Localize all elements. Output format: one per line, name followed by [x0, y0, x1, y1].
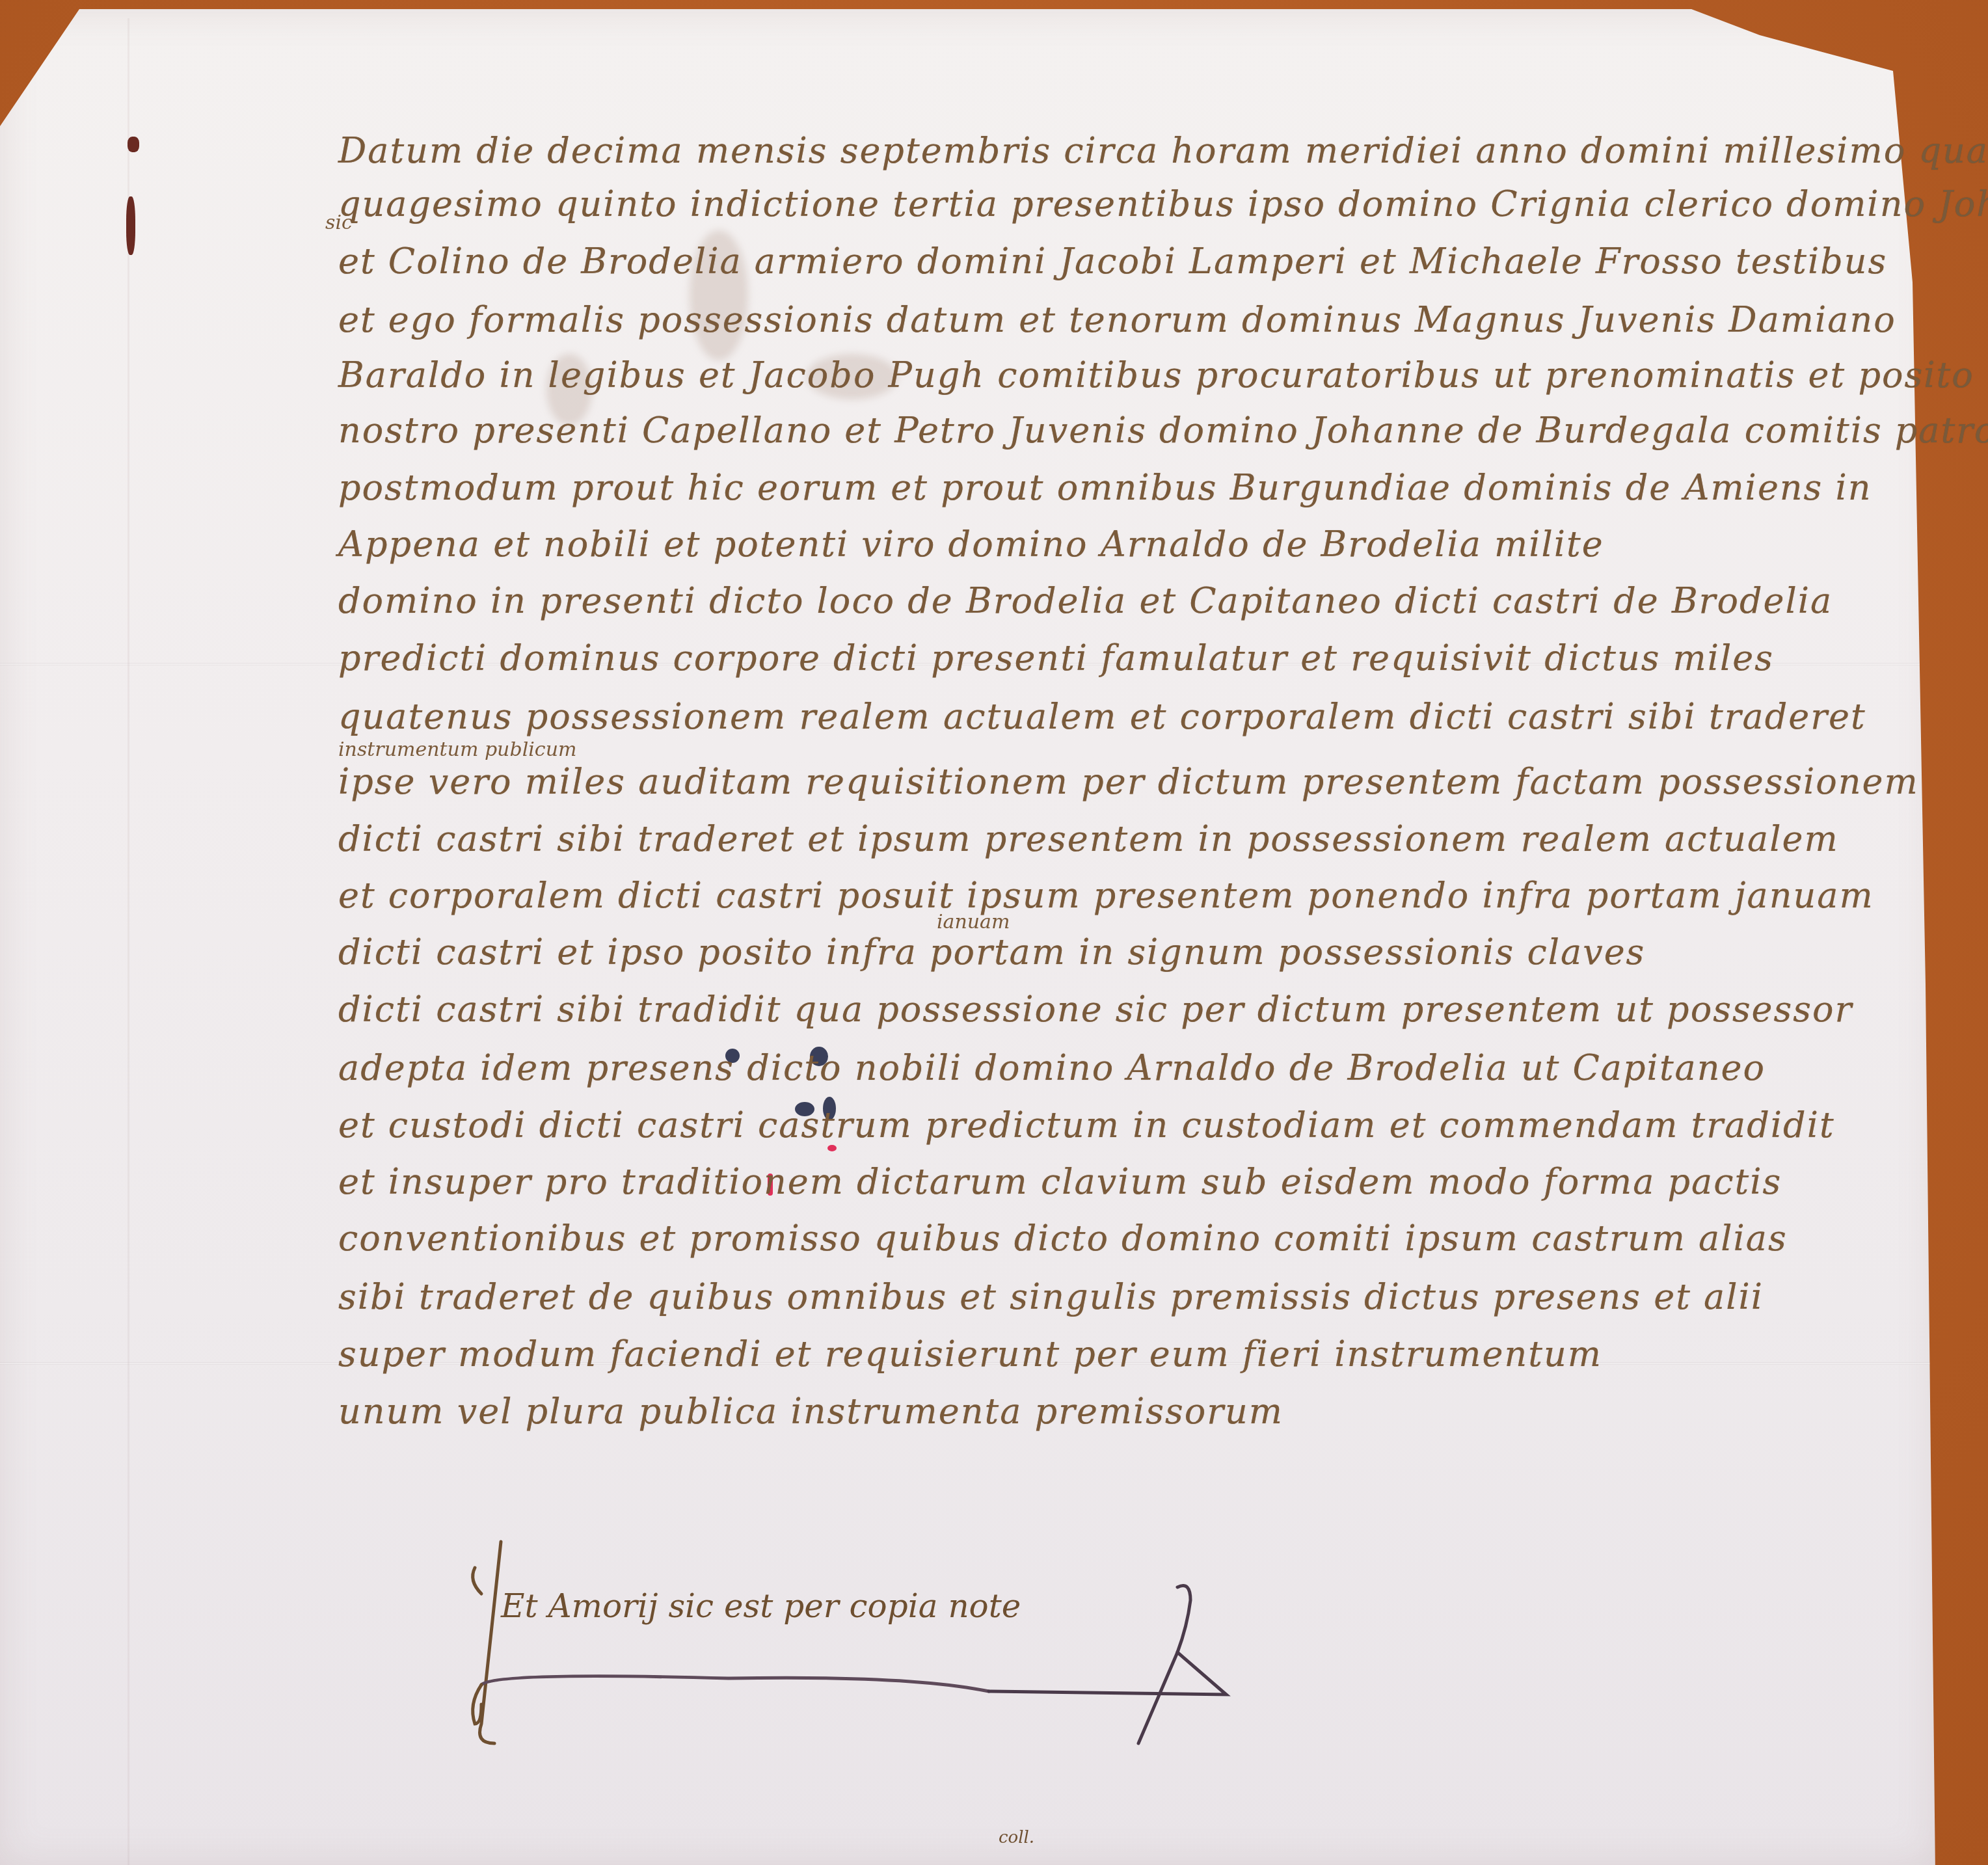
vertical-fold-crease: [128, 18, 129, 1865]
text-line: unum vel plura publica instrumenta premi…: [338, 1391, 1283, 1432]
interlinear-note: ianuam: [937, 911, 1010, 933]
text-line: quatenus possessionem realem actualem et…: [338, 696, 1866, 737]
text-line: adepta idem presens dicto nobili domino …: [338, 1047, 1766, 1088]
text-line: dicti castri sibi tradidit qua possessio…: [338, 989, 1853, 1030]
notary-subscription: Et Amorij sic est per copia note: [501, 1587, 1021, 1625]
text-line: et insuper pro traditionem dictarum clav…: [338, 1161, 1782, 1202]
text-line: dicti castri et ipso posito infra portam…: [338, 932, 1645, 973]
interlinear-note: instrumentum publicum: [338, 738, 576, 761]
ink-blot: [128, 137, 139, 152]
text-line: Datum die decima mensis septembris circa…: [338, 130, 1988, 171]
text-line: et custodi dicti castri castrum predictu…: [338, 1105, 1835, 1146]
text-line: conventionibus et promisso quibus dicto …: [338, 1218, 1788, 1259]
text-line: predicti dominus corpore dicti presenti …: [338, 637, 1774, 678]
interlinear-note: sic: [325, 211, 353, 234]
text-line: quagesimo quinto indictione tertia prese…: [338, 183, 1988, 224]
ink-blot: [126, 196, 135, 255]
text-line: et ego formalis possessionis datum et te…: [338, 299, 1896, 340]
notarial-signum-icon: [455, 1529, 1301, 1821]
text-line: super modum faciendi et requisierunt per…: [338, 1334, 1602, 1375]
text-line: nostro presenti Capellano et Petro Juven…: [338, 410, 1988, 451]
text-line: Baraldo in legibus et Jacobo Pugh comiti…: [338, 355, 1974, 396]
text-line: dicti castri sibi traderet et ipsum pres…: [338, 818, 1839, 859]
text-line: sibi traderet de quibus omnibus et singu…: [338, 1276, 1764, 1317]
text-line: postmodum prout hic eorum et prout omnib…: [338, 467, 1872, 508]
text-line: et corporalem dicti castri posuit ipsum …: [338, 875, 1874, 916]
archive-mark: coll.: [999, 1828, 1034, 1847]
text-line: Appena et nobili et potenti viro domino …: [338, 524, 1604, 565]
text-line: et Colino de Brodelia armiero domini Jac…: [338, 241, 1887, 282]
red-mark: [827, 1145, 837, 1151]
text-line: ipse vero miles auditam requisitionem pe…: [338, 761, 1919, 802]
text-line: domino in presenti dicto loco de Brodeli…: [338, 580, 1833, 621]
